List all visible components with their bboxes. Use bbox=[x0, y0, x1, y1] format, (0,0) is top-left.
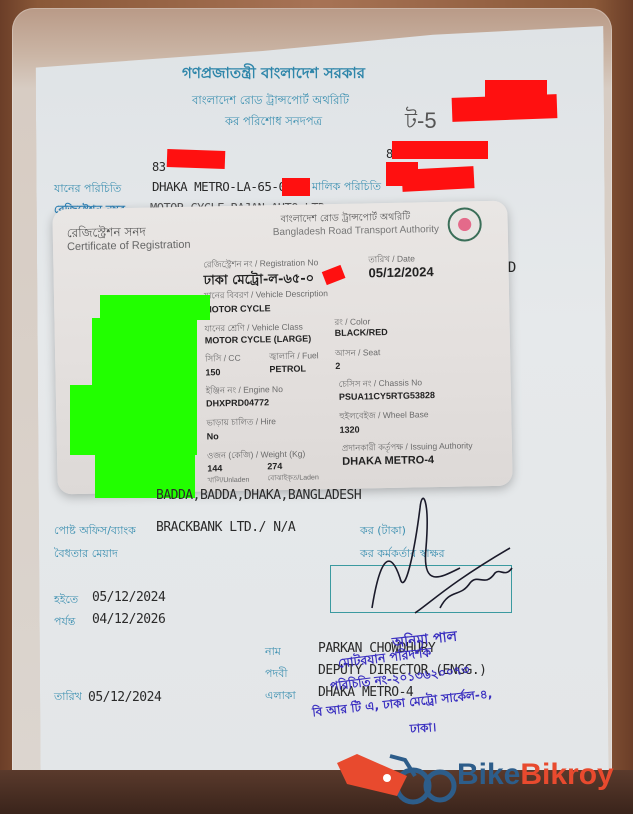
vehicle-description-label: যানের বিবরণ / Vehicle Description bbox=[204, 287, 328, 303]
certificate-type: কর পরিশোধ সনদপত্র bbox=[225, 113, 322, 132]
hire-value: No bbox=[207, 431, 219, 441]
valid-to-value: 04/12/2026 bbox=[92, 612, 165, 627]
area-label: এলাকা bbox=[265, 687, 296, 706]
date-value: 05/12/2024 bbox=[88, 690, 161, 705]
cc-label: সিসি / CC bbox=[205, 352, 241, 367]
redaction bbox=[322, 265, 346, 285]
vehicle-id-label: যানের পরিচিতি bbox=[54, 180, 121, 199]
color-value: BLACK/RED bbox=[335, 327, 388, 338]
issuing-authority-value: DHAKA METRO-4 bbox=[342, 454, 434, 468]
stamp-city: ঢাকা। bbox=[409, 719, 437, 741]
post-office-label: পোষ্ট অফিস/ব্যাংক bbox=[54, 522, 136, 541]
unladen-label: খালি/Unladen bbox=[207, 474, 249, 487]
redaction bbox=[282, 178, 310, 196]
redaction bbox=[401, 166, 474, 192]
vehicle-id-value: DHAKA METRO-LA-65-0 bbox=[152, 179, 286, 194]
validity-label: বৈধতার মেয়াদ bbox=[54, 545, 118, 564]
photo-redaction bbox=[100, 295, 210, 320]
name-label: নাম bbox=[265, 643, 281, 662]
date-label: তারিখ bbox=[54, 688, 82, 707]
redaction bbox=[452, 94, 558, 122]
vehicle-description-value: MOTOR CYCLE bbox=[204, 303, 271, 314]
bike-price-tag-icon bbox=[335, 748, 460, 808]
valid-to-label: পর্যন্ত bbox=[54, 613, 75, 632]
photo-redaction bbox=[70, 385, 197, 455]
seat-value: 2 bbox=[335, 361, 340, 371]
vehicle-class-value: MOTOR CYCLE (LARGE) bbox=[205, 333, 312, 345]
post-office-value: BRACKBANK LTD./ N/A bbox=[156, 520, 295, 535]
cc-value: 150 bbox=[205, 367, 220, 377]
weight-label: ওজন (কেজি) / Weight (Kg) bbox=[207, 448, 305, 464]
designation-label: পদবী bbox=[265, 665, 288, 684]
serial-number: ট-5 bbox=[405, 104, 437, 141]
fuel-label: জ্বালানি / Fuel bbox=[269, 349, 319, 364]
card-date-value: 05/12/2024 bbox=[368, 264, 433, 280]
weight-laden-value: 274 bbox=[267, 461, 282, 471]
photo-redaction bbox=[92, 318, 197, 388]
redaction bbox=[392, 141, 488, 159]
issuing-authority-label: প্রদানকারী কর্তৃপক্ষ / Issuing Authority bbox=[342, 439, 473, 456]
valid-from-value: 05/12/2024 bbox=[92, 590, 165, 605]
signature-icon bbox=[360, 488, 520, 628]
government-title: গণপ্রজাতন্ত্রী বাংলাদেশ সরকার bbox=[182, 62, 365, 87]
brand-name: BikeBikroy bbox=[457, 758, 614, 792]
card-title-en: Certificate of Registration bbox=[67, 239, 191, 253]
engine-no-label: ইঞ্জিন নং / Engine No bbox=[206, 383, 283, 398]
wheel-base-label: হুইলবেইজ / Wheel Base bbox=[339, 408, 429, 424]
owner-id-label: মালিক পরিচিতি bbox=[312, 178, 381, 197]
weight-unladen-value: 144 bbox=[207, 463, 222, 473]
hire-label: ভাড়ায় চালিত / Hire bbox=[206, 415, 276, 430]
authority-title: বাংলাদেশ রোড ট্রান্সপোর্ট অথরিটি bbox=[192, 92, 349, 111]
seat-label: আসন / Seat bbox=[335, 346, 380, 361]
valid-from-label: হইতে bbox=[54, 591, 78, 610]
redaction bbox=[167, 149, 226, 169]
engine-no-value: DHXPRD04772 bbox=[206, 397, 269, 408]
bikebikroy-watermark: BikeBikroy bbox=[335, 748, 625, 808]
address-value: BADDA,BADDA,DHAKA,BANGLADESH bbox=[156, 488, 361, 503]
partial-number-left: 83 bbox=[152, 160, 165, 174]
card-authority-en: Bangladesh Road Transport Authority bbox=[273, 224, 439, 238]
fuel-value: PETROL bbox=[269, 364, 306, 375]
laden-label: বোঝাইকৃত/Laden bbox=[267, 471, 319, 484]
brta-logo-icon bbox=[447, 207, 482, 242]
wheel-base-value: 1320 bbox=[339, 425, 359, 435]
chassis-no-value: PSUA11CY5RTG53828 bbox=[339, 390, 435, 402]
